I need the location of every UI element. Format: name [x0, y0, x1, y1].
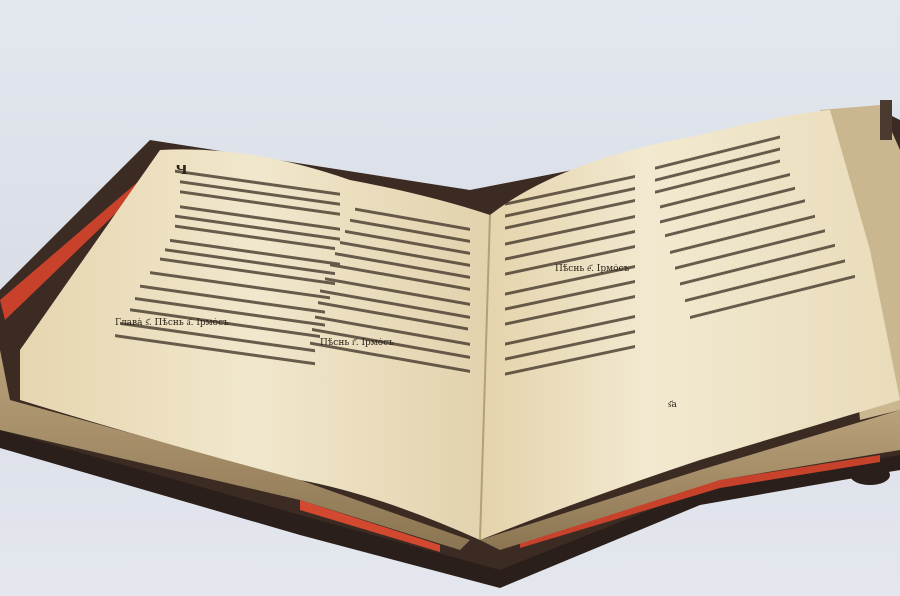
- right-page-number: ѕ҃а: [668, 400, 677, 411]
- right-heading: Пѣ́снь е҃. Ірмо́съ: [555, 264, 629, 275]
- photo-scene: Ч Глава̀ ѕ҃. Пѣ́снь а҃. Ірмо́съ Пѣ́снь г…: [0, 0, 900, 596]
- left-initial: Ч: [175, 165, 188, 176]
- book-illustration: [0, 0, 900, 596]
- left-col2-heading: Пѣ́снь г҃. Ірмо́съ: [320, 338, 394, 349]
- left-heading: Глава̀ ѕ҃. Пѣ́снь а҃. Ірмо́съ: [115, 318, 229, 329]
